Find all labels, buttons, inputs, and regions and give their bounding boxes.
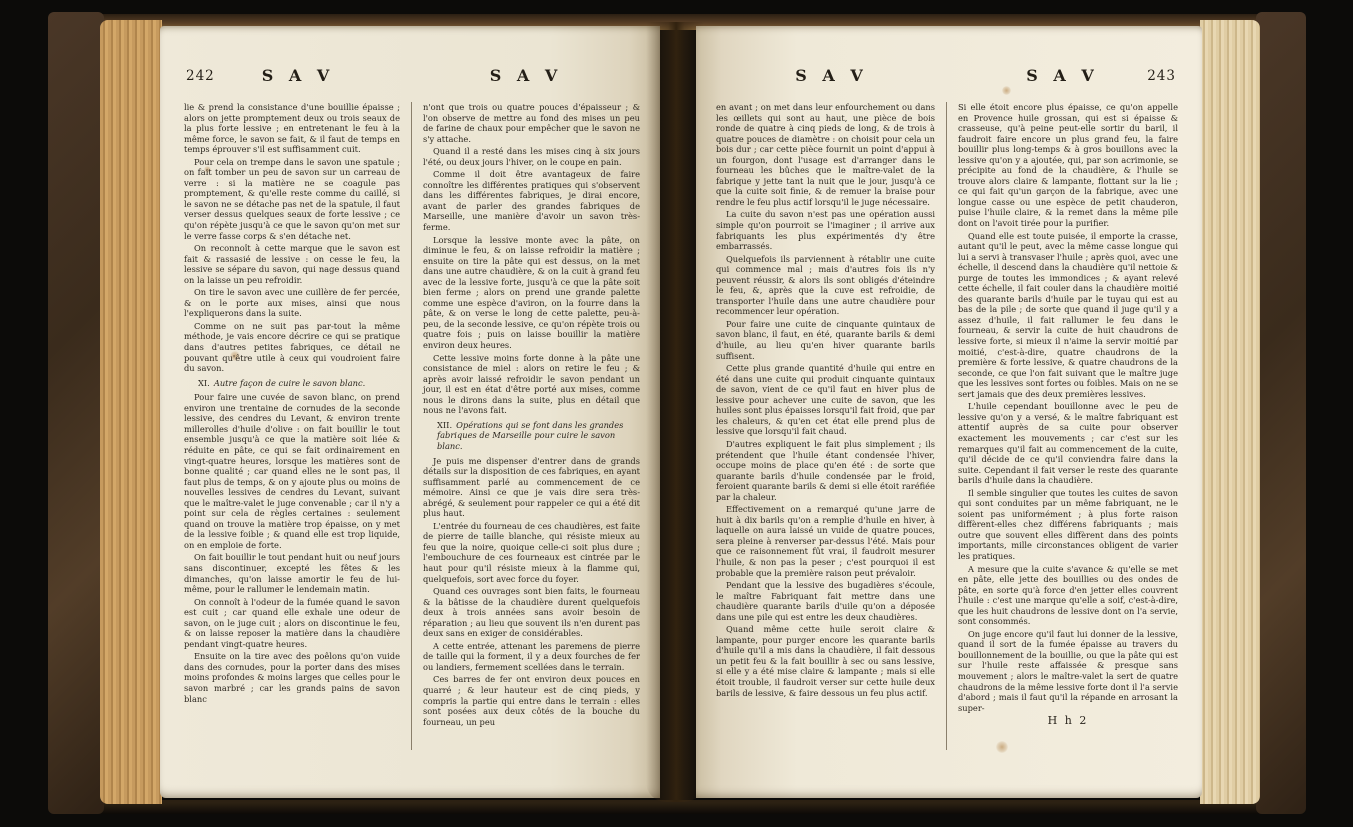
photograph-background: 242 S A V S A V lie & prend la consistan…	[0, 0, 1353, 827]
page-number: 243	[1147, 68, 1176, 84]
page-number: 242	[186, 68, 215, 84]
paragraph: On connoît à l'odeur de la fumée quand l…	[184, 597, 400, 650]
running-head: S A V	[716, 66, 947, 94]
section-heading: XII.Opérations qui se font dans les gran…	[437, 420, 638, 452]
text-column-1: lie & prend la consistance d'une bouilli…	[184, 102, 412, 750]
paragraph: n'ont que trois ou quatre pouces d'épais…	[423, 102, 640, 144]
book-cover-bottom-edge	[62, 800, 1292, 814]
paragraph: La cuite du savon n'est pas une opératio…	[716, 209, 935, 251]
paragraph: On fait bouillir le tout pendant huit ou…	[184, 552, 400, 594]
paragraph: On reconnoît à cette marque que le savon…	[184, 243, 400, 285]
paragraph: Quand même cette huile seroit claire & l…	[716, 624, 935, 698]
paragraph: lie & prend la consistance d'une bouilli…	[184, 102, 400, 155]
paragraph: Pour faire une cuvée de savon blanc, on …	[184, 392, 400, 550]
running-head: S A V	[412, 66, 640, 94]
book-page-right: S A V S A V 243 en avant ; on met dans l…	[696, 26, 1202, 798]
paragraph: Quelquefois ils parviennent à rétablir u…	[716, 254, 935, 317]
paragraph: Quand elle est toute puisée, il emporte …	[958, 231, 1178, 400]
leather-board-left	[48, 12, 104, 814]
text-column-3: en avant ; on met dans leur enfourchemen…	[716, 102, 947, 750]
paragraph: Lorsque la lessive monte avec la pâte, o…	[423, 235, 640, 351]
paragraph: Pour cela on trempe dans le savon une sp…	[184, 157, 400, 241]
paragraph: Quand ces ouvrages sont bien faits, le f…	[423, 586, 640, 639]
paragraph: Cette lessive moins forte donne à la pât…	[423, 353, 640, 416]
paragraph: Si elle étoit encore plus épaisse, ce qu…	[958, 102, 1178, 229]
paragraph: A mesure que la cuite s'avance & qu'elle…	[958, 564, 1178, 627]
paragraph: Quand il a resté dans les mises cinq à s…	[423, 146, 640, 167]
paragraph: en avant ; on met dans leur enfourchemen…	[716, 102, 935, 207]
page-fore-edge-left	[100, 20, 162, 804]
paragraph: L'entrée du fourneau de ces chaudières, …	[423, 521, 640, 584]
section-heading: XI.Autre façon de cuire le savon blanc.	[198, 378, 398, 389]
paragraph: D'autres expliquent le fait plus simplem…	[716, 439, 935, 502]
paragraph: On tire le savon avec une cuillère de fe…	[184, 287, 400, 319]
page-header-right: S A V S A V 243	[716, 66, 1178, 94]
paragraph: Ces barres de fer ont environ deux pouce…	[423, 674, 640, 727]
paragraph: Cette plus grande quantité d'huile qui e…	[716, 363, 935, 437]
paragraph: Comme on ne suit pas par-tout la même mé…	[184, 321, 400, 374]
paragraph: Pendant que la lessive des bugadières s'…	[716, 580, 935, 622]
leather-board-right	[1256, 12, 1306, 814]
open-book: 242 S A V S A V lie & prend la consistan…	[48, 12, 1306, 814]
paragraph: Comme il doit être avantageux de faire c…	[423, 169, 640, 232]
running-head: S A V	[947, 66, 1178, 94]
page-header-left: 242 S A V S A V	[184, 66, 640, 94]
paragraph: Je puis me dispenser d'entrer dans de gr…	[423, 456, 640, 519]
paragraph: L'huile cependant bouillonne avec le peu…	[958, 401, 1178, 485]
paragraph: Il semble singulier que toutes les cuite…	[958, 488, 1178, 562]
paragraph: On juge encore qu'il faut lui donner de …	[958, 629, 1178, 713]
paragraph: Effectivement on a remarqué qu'une jarre…	[716, 504, 935, 578]
running-head: S A V	[184, 66, 412, 94]
text-column-2: n'ont que trois ou quatre pouces d'épais…	[412, 102, 640, 750]
paragraph: Ensuite on la tire avec des poêlons qu'o…	[184, 651, 400, 704]
signature-mark: H h 2	[958, 716, 1178, 727]
paragraph: A cette entrée, attenant les paremens de…	[423, 641, 640, 673]
text-column-4: Si elle étoit encore plus épaisse, ce qu…	[947, 102, 1178, 750]
paragraph: Pour faire une cuite de cinquante quinta…	[716, 319, 935, 361]
page-fore-edge-right	[1200, 20, 1260, 804]
book-page-left: 242 S A V S A V lie & prend la consistan…	[160, 26, 660, 798]
